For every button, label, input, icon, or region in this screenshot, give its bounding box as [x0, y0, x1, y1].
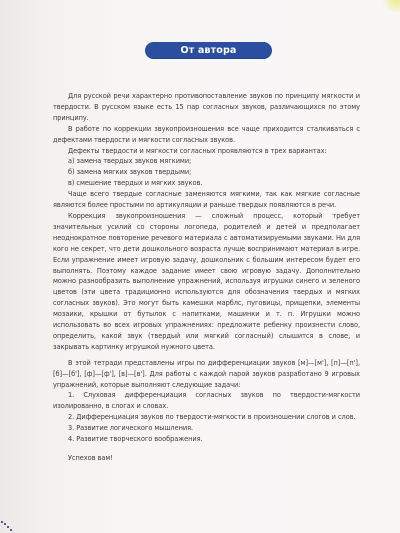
- section-title: От автора: [181, 45, 237, 56]
- paragraph-correction: В работе по коррекции звукопроизношения …: [53, 124, 360, 146]
- list-item-c: в) смешение твердых и мягких звуков.: [53, 178, 360, 189]
- author-foreword-text: Для русской речи характерно противопоста…: [53, 91, 360, 464]
- list-item-b: б) замена мягких звуков твердыми;: [53, 167, 360, 178]
- paragraph-intro: Для русской речи характерно противопоста…: [53, 91, 360, 124]
- task-item-1: 1. Слуховая дифференциация согласных зву…: [53, 390, 360, 412]
- section-title-badge: От автора: [145, 42, 272, 59]
- document-page: От автора Для русской речи характерно пр…: [0, 0, 400, 533]
- task-item-2: 2. Дифференциация звуков по твердости-мя…: [53, 412, 360, 423]
- list-item-a: а) замена твердых звуков мягкими;: [53, 156, 360, 167]
- corner-highlight: [380, 0, 400, 12]
- decorative-dots: [0, 521, 14, 533]
- paragraph-process: Коррекция звукопроизношения — сложный пр…: [53, 211, 360, 353]
- closing-line: Успехов вам!: [53, 453, 360, 464]
- task-item-3: 3. Развитие логического мышления.: [53, 423, 360, 434]
- paragraph-soft-replacement: Чаще всего твердые согласные заменяются …: [53, 189, 360, 211]
- task-item-4: 4. Развитие творческого воображения.: [53, 434, 360, 445]
- paragraph-defects: Дефекты твердости и мягкости согласных п…: [53, 146, 360, 157]
- paragraph-notebook: В этой тетради представлены игры по дифф…: [53, 358, 360, 391]
